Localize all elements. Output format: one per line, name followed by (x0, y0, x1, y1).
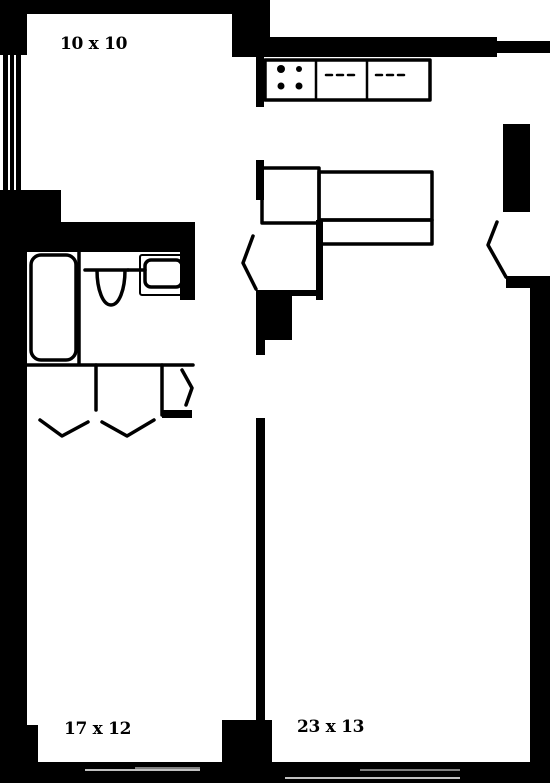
wall-bottom-left-notch (0, 725, 38, 765)
wall-left-bedroom (0, 355, 27, 783)
wall-left-bath (0, 190, 27, 370)
wall-partition-lower (256, 418, 265, 728)
bathtub-icon (31, 255, 76, 360)
wall-top-right (495, 41, 550, 53)
door-swing-right (488, 222, 506, 277)
stove-icon (277, 65, 303, 90)
closets (40, 365, 192, 436)
wall-bottom (0, 762, 550, 783)
wall-partition-upper (256, 290, 265, 355)
wall-top-dining (0, 0, 270, 14)
wall-bath-top (27, 222, 195, 252)
room-label-living: 23 x 13 (297, 717, 364, 737)
wall-kitchen-stub-1 (256, 57, 264, 107)
room-label-bedroom: 17 x 12 (64, 719, 131, 739)
toilet-icon (85, 270, 128, 305)
room-label-dining: 10 x 10 (60, 34, 127, 54)
column-right (503, 124, 530, 212)
counter-peninsula (262, 168, 432, 300)
window-left (3, 55, 21, 190)
door-swing-kitchen-closet (243, 236, 256, 289)
bathroom-sink-icon (145, 260, 182, 287)
wall-left-top (0, 0, 27, 55)
wall-right (530, 276, 550, 783)
wall-bath-right (180, 222, 195, 300)
kitchen-counter (265, 60, 430, 100)
wall-top-kitchen (232, 37, 497, 57)
floor-plan (0, 0, 550, 783)
